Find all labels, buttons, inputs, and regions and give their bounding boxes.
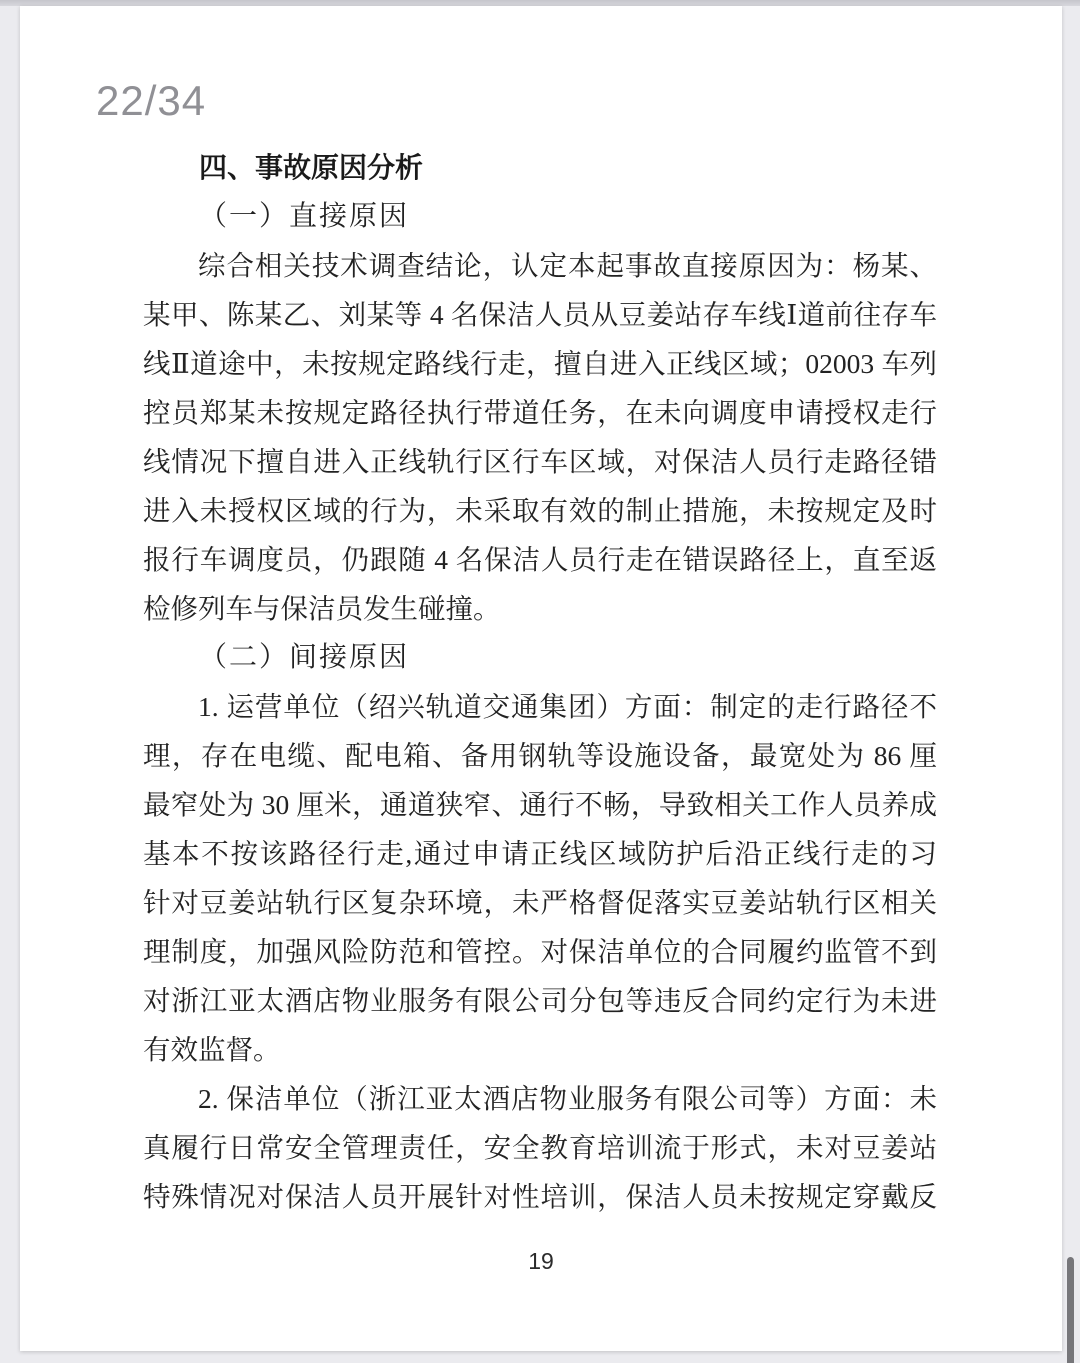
subsection-heading: （二）间接原因	[143, 633, 937, 682]
scrollbar-thumb[interactable]	[1067, 1257, 1074, 1363]
text-line: 最窄处为 30 厘米，通道狭窄、通行不畅，导致相关工作人员养成了	[143, 780, 937, 829]
document-content: 四、事故原因分析 （一）直接原因综合相关技术调查结论，认定本起事故直接原因为：杨…	[143, 143, 937, 1221]
text-line: 检修列车与保洁员发生碰撞。	[143, 584, 937, 633]
document-page: 22/34 四、事故原因分析 （一）直接原因综合相关技术调查结论，认定本起事故直…	[20, 6, 1062, 1351]
text-line: 理，存在电缆、配电箱、备用钢轨等设施设备，最宽处为 86 厘米，	[143, 731, 937, 780]
page-number: 19	[20, 1248, 1062, 1275]
text-line: 某甲、陈某乙、刘某等 4 名保洁人员从豆姜站存车线Ⅰ道前往存车	[143, 290, 937, 339]
text-line: 综合相关技术调查结论，认定本起事故直接原因为：杨某、陈	[143, 241, 937, 290]
text-line: 对浙江亚太酒店物业服务有限公司分包等违反合同约定行为未进行	[143, 976, 937, 1025]
text-line: 有效监督。	[143, 1025, 937, 1074]
text-line: 真履行日常安全管理责任，安全教育培训流于形式，未对豆姜站的	[143, 1123, 937, 1172]
text-line: 1. 运营单位（绍兴轨道交通集团）方面：制定的走行路径不合	[143, 682, 937, 731]
paragraph: 2. 保洁单位（浙江亚太酒店物业服务有限公司等）方面：未认真履行日常安全管理责任…	[143, 1074, 937, 1221]
document-viewer: 22/34 四、事故原因分析 （一）直接原因综合相关技术调查结论，认定本起事故直…	[0, 0, 1080, 1363]
text-line: 控员郑某未按规定路径执行带道任务，在未向调度申请授权走行正	[143, 388, 937, 437]
text-line: 特殊情况对保洁人员开展针对性培训，保洁人员未按规定穿戴反光	[143, 1172, 937, 1221]
section-heading: 四、事故原因分析	[143, 143, 937, 192]
text-line: 2. 保洁单位（浙江亚太酒店物业服务有限公司等）方面：未认	[143, 1074, 937, 1123]
text-line: 针对豆姜站轨行区复杂环境，未严格督促落实豆姜站轨行区相关管	[143, 878, 937, 927]
text-line: 报行车调度员，仍跟随 4 名保洁人员行走在错误路径上，直至返场	[143, 535, 937, 584]
text-line: 进入未授权区域的行为，未采取有效的制止措施，未按规定及时汇	[143, 486, 937, 535]
page-indicator: 22/34	[96, 80, 206, 122]
document-body: （一）直接原因综合相关技术调查结论，认定本起事故直接原因为：杨某、陈某甲、陈某乙…	[143, 192, 937, 1221]
paragraph: 综合相关技术调查结论，认定本起事故直接原因为：杨某、陈某甲、陈某乙、刘某等 4 …	[143, 241, 937, 633]
text-line: 线情况下擅自进入正线轨行区行车区域，对保洁人员行走路径错误	[143, 437, 937, 486]
subsection-heading: （一）直接原因	[143, 192, 937, 241]
text-line: 基本不按该路径行走,通过申请正线区域防护后沿正线行走的习惯。	[143, 829, 937, 878]
text-line: 理制度，加强风险防范和管控。对保洁单位的合同履约监管不到位，	[143, 927, 937, 976]
paragraph: 1. 运营单位（绍兴轨道交通集团）方面：制定的走行路径不合理，存在电缆、配电箱、…	[143, 682, 937, 1074]
text-line: 线Ⅱ道途中，未按规定路线行走，擅自进入正线区域；02003 车列	[143, 339, 937, 388]
